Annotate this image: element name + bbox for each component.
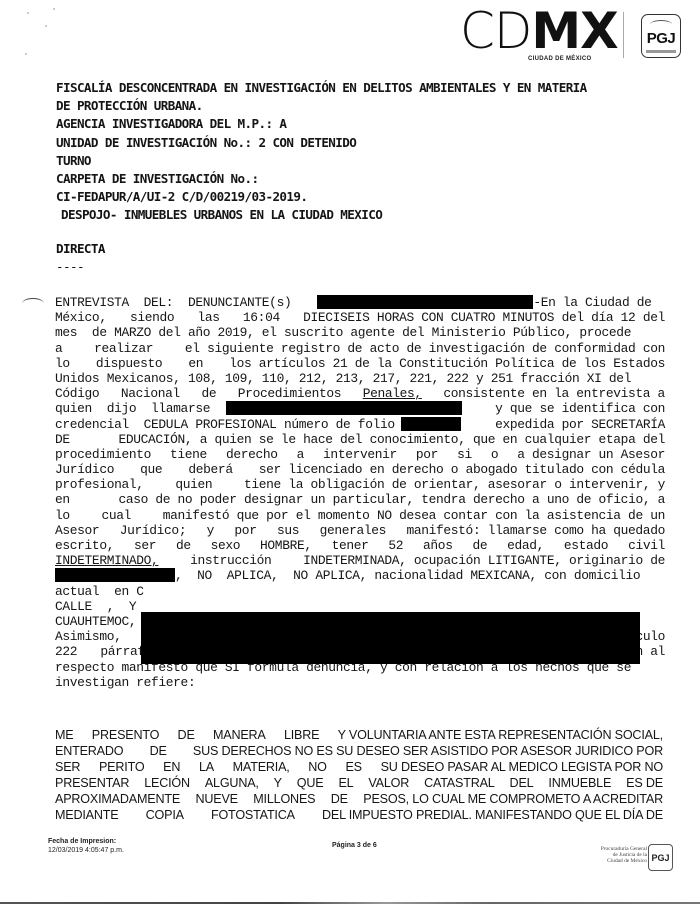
word: INDETERMINADA, ocupación LITIGANTE, orig… [303, 553, 665, 568]
word: dispuesto [96, 356, 162, 371]
body-line: actual en C [55, 584, 665, 599]
scan-speck [25, 53, 27, 55]
word: Y [274, 775, 282, 791]
section-title-text: DIRECTA [56, 240, 105, 258]
word: Asesor [55, 523, 99, 538]
word: y [207, 523, 214, 538]
word: PESOS, LO CUAL ME COMPROMETO A ACREDITAR [363, 791, 663, 807]
word: años [423, 538, 453, 553]
word: NO [308, 759, 327, 775]
body-text: quien dijo llamarse [55, 401, 210, 416]
body-line: quien dijo llamarse y que se identifica … [55, 401, 665, 416]
word: de [201, 386, 216, 401]
header-line-delito: DESPOJO- INMUEBLES URBANOS EN LA CIUDAD … [56, 206, 656, 224]
footer-organization: Procuraduría General de Justicia de la C… [583, 846, 647, 865]
statement-line: MEPRESENTODEMANERALIBREY VOLUNTARIA ANTE… [55, 727, 663, 743]
statement-line: ENTERADODESUS DERECHOS NO ES SU DESEO SE… [55, 743, 663, 759]
body-line: procedimientotienederechoaintervenirpors… [55, 447, 665, 462]
body-text: expedida por SECRETARÍA [495, 417, 665, 432]
word: VALOR [368, 775, 409, 791]
statement-line: MEDIANTECOPIAFOTOSTATICADEL IMPUESTO PRE… [55, 807, 663, 823]
eagle-wing-icon [650, 20, 672, 29]
print-date-label: Fecha de Impresion: [48, 838, 124, 847]
word: civil [628, 538, 665, 553]
body-line: lodispuestoenlos artículos 21 de la Cons… [55, 356, 665, 371]
logo-subtitle: CIUDAD DE MÉXICO [528, 56, 591, 62]
statement-line: PRESENTARLECIÓNALGUNA,YQUEELVALORCATASTR… [55, 775, 663, 791]
body-line: investigan refiere: [55, 675, 665, 690]
statement-line: APROXIMADAMENTENUEVEMILLONESDEPESOS, LO … [55, 791, 663, 807]
word: o [491, 447, 498, 462]
scan-speck [45, 25, 47, 27]
header-line-fiscalia: FISCALÍA DESCONCENTRADA EN INVESTIGACIÓN… [56, 79, 656, 97]
word: tener [332, 538, 369, 553]
word: tiene [170, 447, 207, 462]
header-line-agencia: AGENCIA INVESTIGADORA DEL M.P.: A [56, 115, 656, 133]
word: ser licenciado en derecho o abogado titu… [259, 462, 665, 477]
body-line: escrito,serdesexoHOMBRE,tener52añosdeeda… [55, 538, 665, 553]
body-text: CALLE , Y [55, 599, 136, 614]
body-line: CódigoNacionaldeProcedimientosPenales,co… [55, 386, 665, 401]
word: 52 [388, 538, 403, 553]
word: siendo [130, 310, 174, 325]
body-text: actual en C [55, 584, 144, 599]
word: ES DE [626, 775, 663, 791]
word: intervenir [323, 447, 397, 462]
statement-line: SERPERITOENLAMATERIA,NOESSU DESEO PASAR … [55, 759, 663, 775]
pgj-badge-subtitle [646, 50, 676, 53]
pgj-badge-icon: PGJ [641, 14, 681, 58]
body-text: , NO APLICA, NO APLICA, nacionalidad MEX… [175, 568, 640, 583]
scan-speck [53, 8, 55, 10]
word: sus [277, 523, 299, 538]
word: procedimiento [55, 447, 151, 462]
print-date-value: 12/03/2019 4:05:47 p.m. [48, 847, 124, 856]
body-line: encaso de no poder designar un particula… [55, 492, 665, 507]
word: DE [55, 432, 70, 447]
print-date: Fecha de Impresion: 12/03/2019 4:05:47 p… [48, 838, 124, 855]
document-page: CDMX CIUDAD DE MÉXICO PGJ FISCALÍA DESCO… [0, 0, 700, 908]
word: mes de MARZO del año 2019, el suscrito a… [55, 325, 631, 340]
word: DEL [510, 775, 534, 791]
body-line: AsesorJurídico;yporsusgeneralesmanifestó… [55, 523, 665, 538]
body-line: Unidos Mexicanos, 108, 109, 110, 212, 21… [55, 371, 665, 386]
word: por [234, 523, 256, 538]
word: DE [331, 791, 348, 807]
word: DE [150, 743, 167, 759]
pgj-badge-text: PGJ [642, 30, 680, 47]
word: ser [134, 538, 156, 553]
word: QUE [297, 775, 324, 791]
word: que [140, 462, 162, 477]
cdmx-logo: CDMX [460, 6, 618, 56]
word: por [416, 447, 438, 462]
word: Jurídico; [120, 523, 186, 538]
word: las [198, 310, 220, 325]
word: MATERIA, [233, 759, 290, 775]
word: realizar [94, 341, 153, 356]
word: ME [55, 727, 74, 743]
header-line-turno: TURNO [56, 152, 656, 170]
word: si [457, 447, 472, 462]
footer-badge-text: PGJ [649, 853, 672, 863]
body-text: ENTREVISTA DEL: DENUNCIANTE(s) [55, 295, 291, 310]
word: MILLONES [253, 791, 315, 807]
header-line-unidad: UNIDAD DE INVESTIGACIÓN No.: 2 CON DETEN… [56, 134, 656, 152]
word: LA [199, 759, 214, 775]
word: ES [345, 759, 361, 775]
body-text: CUAUHTEMOC, [55, 614, 136, 629]
word: tiene la obligación de orientar, asesora… [244, 477, 665, 492]
word: sexo [211, 538, 241, 553]
word: Jurídico [55, 462, 114, 477]
word: México, [55, 310, 107, 325]
word: a [55, 341, 62, 356]
header-line-fiscalia-cont: DE PROTECCIÓN URBANA. [56, 97, 656, 115]
word: Nacional [121, 386, 180, 401]
word: escrito, [55, 538, 114, 553]
word: de [472, 538, 487, 553]
body-text: investigan refiere: [55, 675, 195, 690]
scan-speck [27, 12, 29, 14]
word: Y VOLUNTARIA ANTE ESTA REPRESENTACIÓN SO… [338, 727, 663, 743]
word: Unidos Mexicanos, 108, 109, 110, 212, 21… [55, 371, 631, 386]
section-underline: ---- [56, 258, 105, 276]
word: en [55, 492, 70, 507]
body-line: locualmanifestó que por el momento NO de… [55, 508, 665, 523]
word: FOTOSTATICA [211, 807, 295, 823]
word: en [188, 356, 203, 371]
word: deberá [188, 462, 232, 477]
scan-edge-line [0, 902, 700, 904]
redaction-bar [317, 295, 533, 309]
logo-text-bold: MX [531, 2, 617, 60]
word: APROXIMADAMENTE [55, 791, 180, 807]
word: los artículos 21 de la Constitución Polí… [229, 356, 665, 371]
word: PRESENTAR [55, 775, 129, 791]
word: ENTERADO [55, 743, 123, 759]
statement-block: MEPRESENTODEMANERALIBREY VOLUNTARIA ANTE… [55, 727, 663, 824]
body-text: -En la Ciudad de [533, 295, 651, 310]
word: LECIÓN [144, 775, 190, 791]
redaction-bar [401, 417, 461, 431]
word: HOMBRE, [260, 538, 312, 553]
word: derecho [226, 447, 278, 462]
word: SER [55, 759, 80, 775]
body-text: y que se identifica con [495, 401, 665, 416]
logo-text-light: CD [460, 2, 531, 60]
body-line: INDETERMINADO,instrucciónINDETERMINADA, … [55, 553, 665, 568]
word: profesional, [55, 477, 144, 492]
word: manifestó que por el momento NO desea co… [163, 508, 665, 523]
word: edad, [507, 538, 544, 553]
word: a designar un Asesor [517, 447, 665, 462]
word: a [297, 447, 304, 462]
redaction-bar [55, 568, 175, 582]
word: DEL IMPUESTO PREDIAL. MANIFESTANDO QUE E… [322, 807, 663, 823]
header-line-carpeta-number: CI-FEDAPUR/A/UI-2 C/D/00219/03-2019. [56, 188, 656, 206]
word: generales [320, 523, 386, 538]
word: CATASTRAL [424, 775, 495, 791]
word: DIECISEIS HORAS CON CUATRO MINUTOS del d… [303, 310, 665, 325]
body-line: profesional,quientiene la obligación de … [55, 477, 665, 492]
word: Penales, [363, 386, 422, 401]
case-header: FISCALÍA DESCONCENTRADA EN INVESTIGACIÓN… [56, 79, 656, 225]
word: Asimismo, [55, 629, 121, 644]
body-line: arealizarel siguiente registro de acto d… [55, 341, 665, 356]
body-line: México,siendolas16:04DIECISEIS HORAS CON… [55, 310, 665, 325]
word: INMUEBLE [548, 775, 611, 791]
word: MANERA [213, 727, 266, 743]
word: EN [163, 759, 180, 775]
word: quien [175, 477, 212, 492]
word: LIBRE [284, 727, 319, 743]
body-line: credencial CEDULA PROFESIONAL número de … [55, 417, 665, 432]
address-redaction-bar [141, 612, 640, 664]
redaction-bar [226, 401, 462, 415]
word: MEDIANTE [55, 807, 118, 823]
word: EDUCACIÓN, a quien se le hace del conoci… [118, 432, 665, 447]
word: instrucción [190, 553, 271, 568]
word: lo [55, 508, 70, 523]
word: EL [338, 775, 353, 791]
header-line-carpeta-label: CARPETA DE INVESTIGACIÓN No.: [56, 170, 656, 188]
word: estado [564, 538, 608, 553]
body-line: ENTREVISTA DEL: DENUNCIANTE(s) -En la Ci… [55, 295, 665, 310]
body-line: DEEDUCACIÓN, a quien se le hace del cono… [55, 432, 665, 447]
word: manifestó: llamarse como ha quedado [406, 523, 665, 538]
margin-bracket-mark [22, 298, 44, 309]
org-line: Ciudad de México [583, 858, 647, 864]
word: PRESENTO [92, 727, 159, 743]
footer-pgj-badge-icon: PGJ [648, 844, 673, 871]
word: COPIA [146, 807, 184, 823]
body-line: mes de MARZO del año 2019, el suscrito a… [55, 325, 665, 340]
body-line: , NO APLICA, NO APLICA, nacionalidad MEX… [55, 568, 665, 583]
word: el siguiente registro de acto de investi… [185, 341, 665, 356]
word: NUEVE [195, 791, 237, 807]
word: 222 [55, 644, 77, 659]
word: DE [178, 727, 195, 743]
word: consistente en la entrevista a [443, 386, 665, 401]
word: lo [55, 356, 70, 371]
body-text: credencial CEDULA PROFESIONAL número de … [55, 417, 395, 432]
word: 16:04 [243, 310, 280, 325]
word: caso de no poder designar un particular,… [118, 492, 665, 507]
word: INDETERMINADO, [55, 553, 158, 568]
body-line: Jurídicoquedeberáser licenciado en derec… [55, 462, 665, 477]
page-number: Página 3 de 6 [332, 842, 377, 849]
word: PERITO [99, 759, 144, 775]
word: Procedimientos [238, 386, 341, 401]
word: de [176, 538, 191, 553]
word: SU DESEO PASAR AL MEDICO LEGISTA POR NO [381, 759, 663, 775]
word: Código [55, 386, 99, 401]
section-title: DIRECTA ---- [56, 240, 105, 276]
word: cual [102, 508, 132, 523]
logo-divider [623, 12, 624, 58]
word: ALGUNA, [205, 775, 259, 791]
word: SUS DERECHOS NO ES SU DESEO SER ASISTIDO… [193, 743, 663, 759]
